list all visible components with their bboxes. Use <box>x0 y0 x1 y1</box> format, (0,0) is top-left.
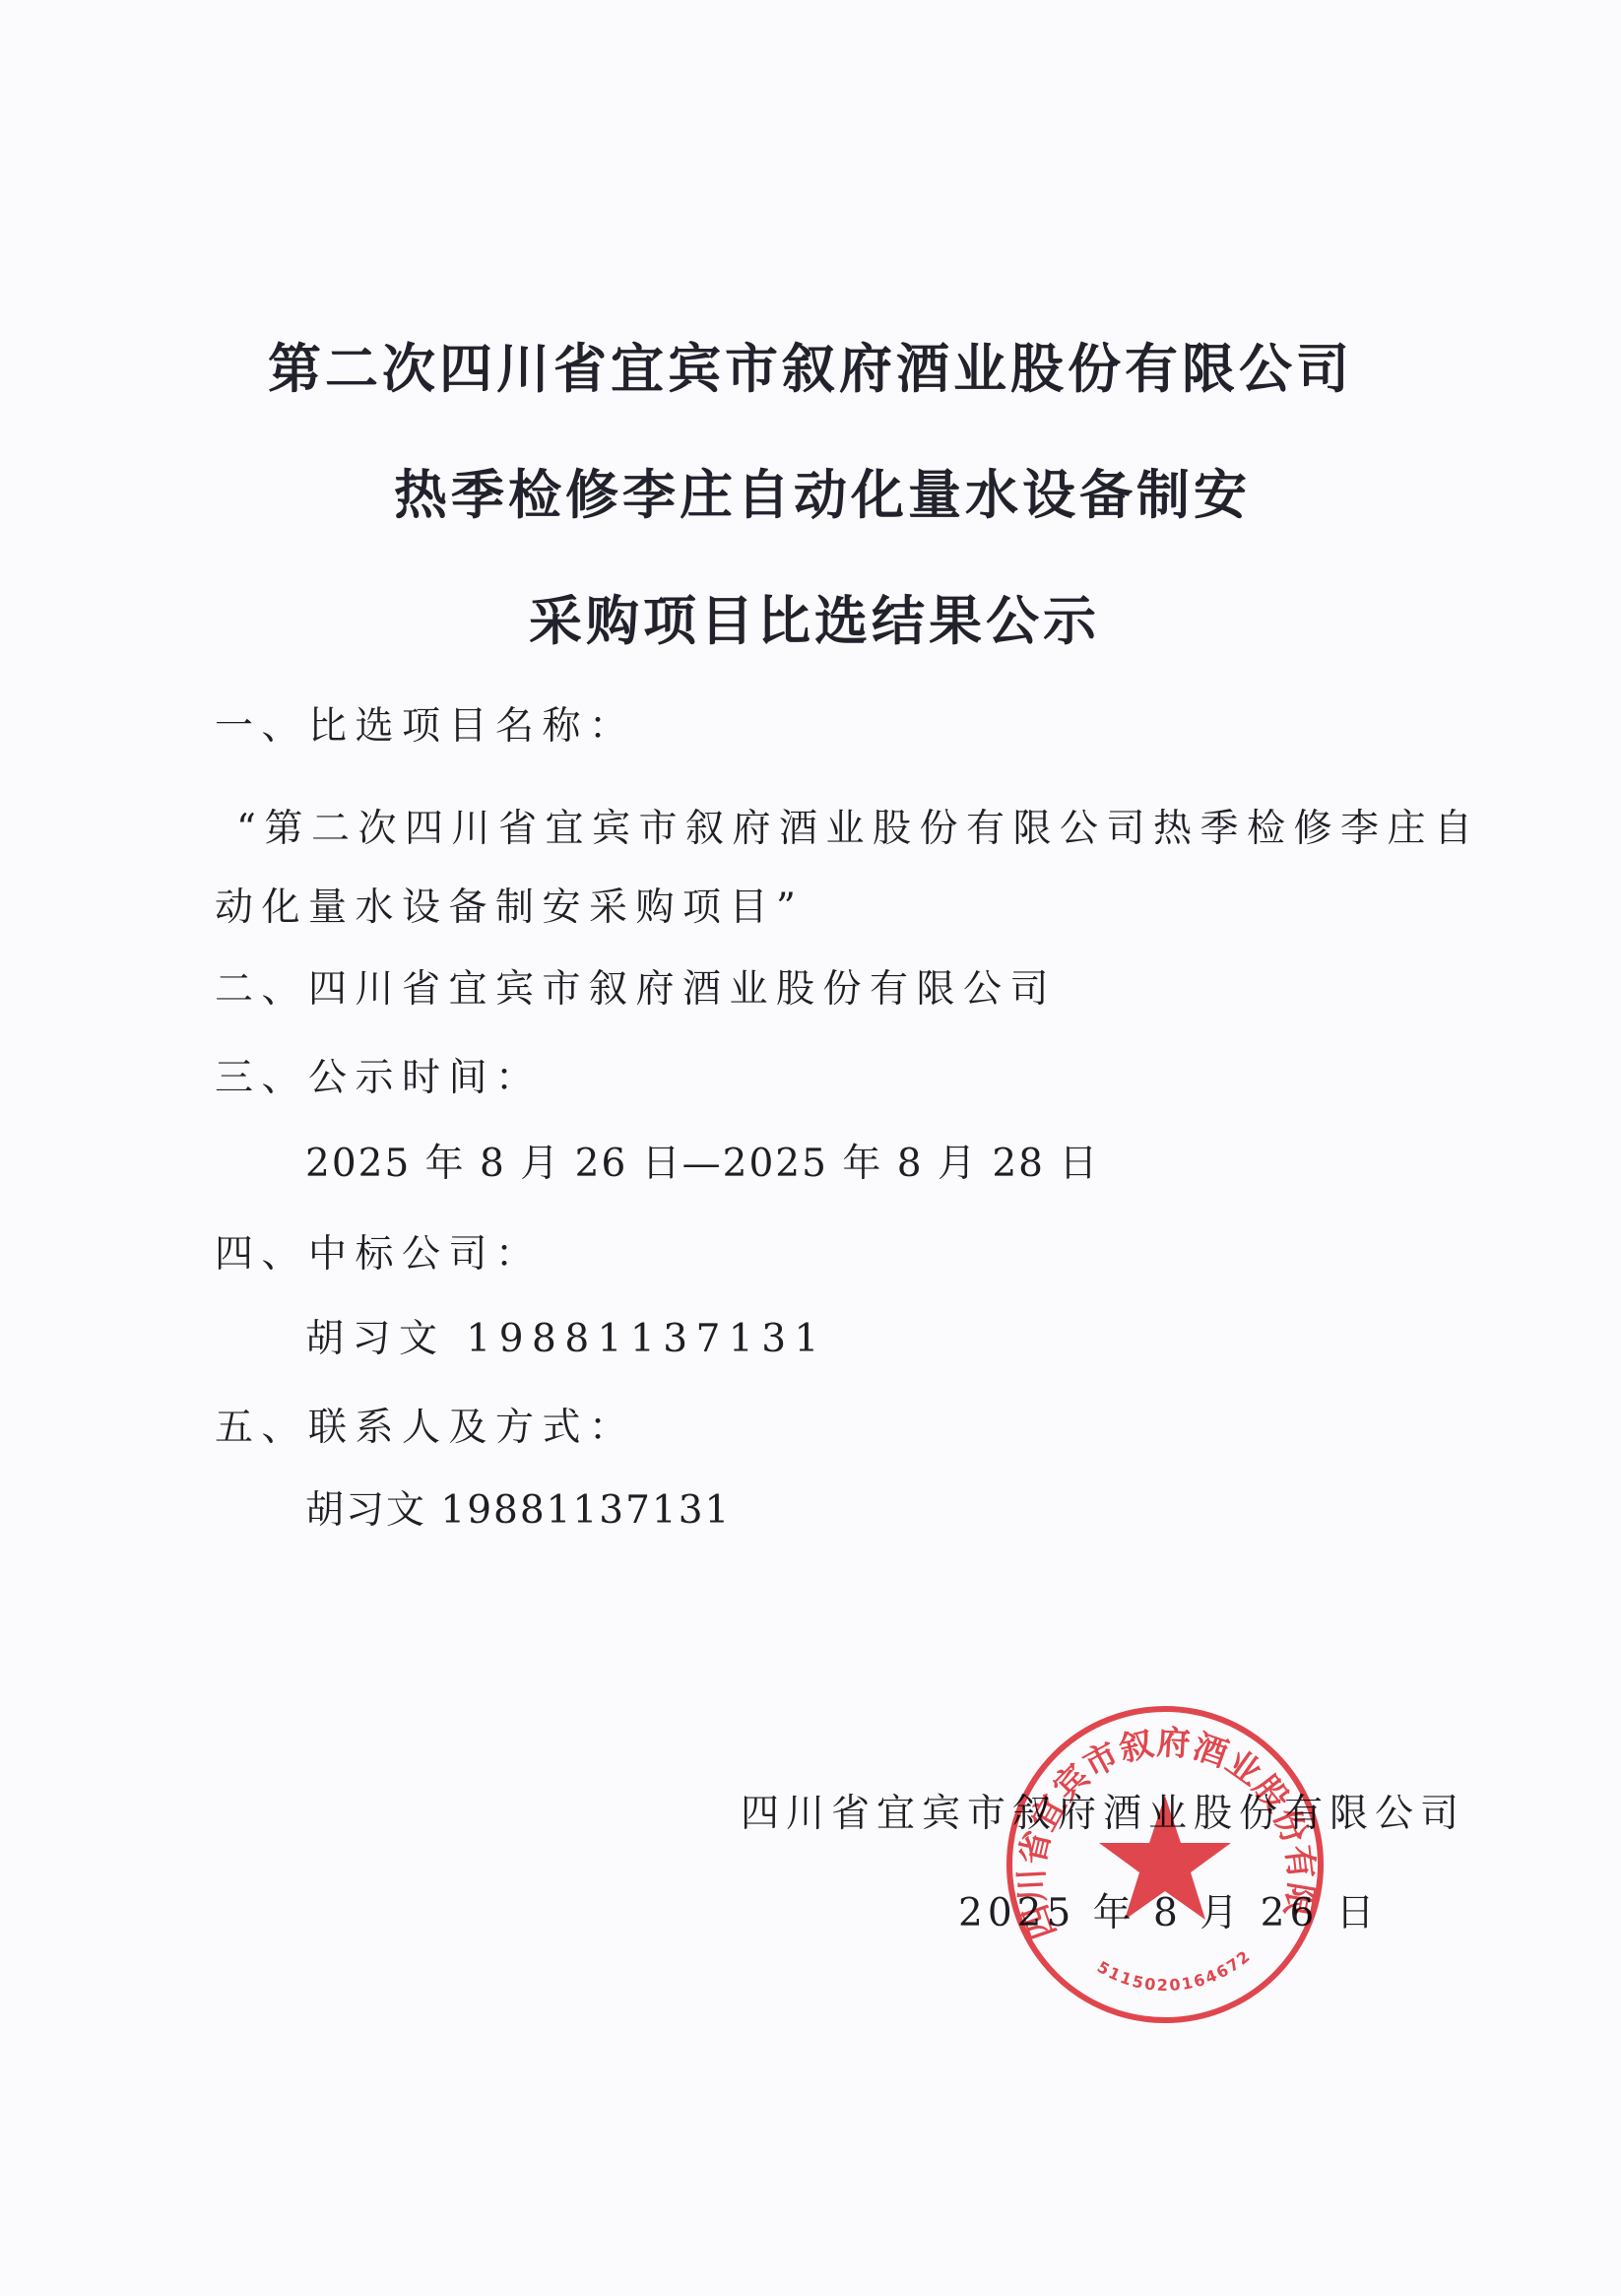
publicity-period: 2025 年 8 月 26 日—2025 年 8 月 28 日 <box>305 1145 1099 1183</box>
title-line-3: 采购项目比选结果公示 <box>4 579 1621 655</box>
svg-text:5115020164672: 5115020164672 <box>1094 1946 1255 1996</box>
seal-number: 5115020164672 <box>1094 1946 1255 1996</box>
title-line-2: 热季检修李庄自动化量水设备制安 <box>12 453 1621 529</box>
title-line-1: 第二次四川省宜宾市叙府酒业股份有限公司 <box>0 327 1621 403</box>
contact-info: 胡习文 19881137131 <box>305 1491 731 1530</box>
project-name-line-1: “第二次四川省宜宾市叙府酒业股份有限公司热季检修李庄自 <box>236 810 1480 848</box>
section-2-heading: 二、四川省宜宾市叙府酒业股份有限公司 <box>215 970 1057 1009</box>
section-4-heading: 四、中标公司： <box>215 1235 543 1274</box>
company-seal-icon: 四川省宜宾市叙府酒业股份有限公司 5115020164672 <box>1003 1702 1328 2027</box>
section-5-heading: 五、联系人及方式： <box>215 1409 636 1447</box>
section-1-heading: 一、比选项目名称： <box>215 707 636 746</box>
project-name-line-2: 动化量水设备制安采购项目” <box>215 888 804 927</box>
document-page: 第二次四川省宜宾市叙府酒业股份有限公司 热季检修李庄自动化量水设备制安 采购项目… <box>0 0 1621 2296</box>
winning-company: 胡习文 19881137131 <box>305 1320 827 1358</box>
section-3-heading: 三、公示时间： <box>215 1059 543 1097</box>
